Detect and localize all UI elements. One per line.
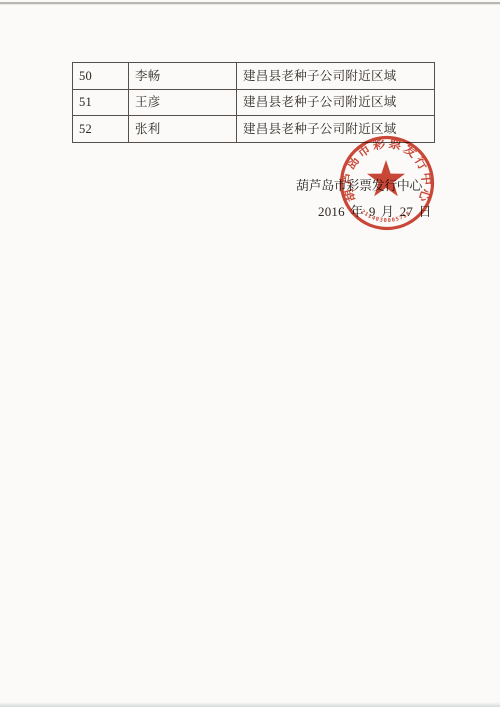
cell-row-number: 51 xyxy=(73,89,129,116)
cell-area: 建昌县老种子公司附近区域 xyxy=(237,63,435,90)
cell-person-name: 李畅 xyxy=(129,63,237,90)
roster-table: 50 李畅 建昌县老种子公司附近区域 51 王彦 建昌县老种子公司附近区域 52… xyxy=(72,62,435,143)
scan-artifact-bottom-edge xyxy=(0,702,500,707)
official-seal-stamp: 葫芦岛市彩票发行中心 2114030005718 xyxy=(337,133,437,233)
stamp-star-icon xyxy=(367,160,405,196)
table-row: 51 王彦 建昌县老种子公司附近区域 xyxy=(73,89,435,116)
cell-person-name: 王彦 xyxy=(129,89,237,116)
cell-area: 建昌县老种子公司附近区域 xyxy=(237,89,435,116)
cell-row-number: 52 xyxy=(73,116,129,143)
stamp-code-number: 2114030005718 xyxy=(360,209,412,224)
svg-text:2114030005718: 2114030005718 xyxy=(360,209,412,224)
table-row: 50 李畅 建昌县老种子公司附近区域 xyxy=(73,63,435,90)
scan-artifact-top-edge xyxy=(0,2,500,4)
scanned-document-page: 50 李畅 建昌县老种子公司附近区域 51 王彦 建昌县老种子公司附近区域 52… xyxy=(0,0,500,707)
cell-person-name: 张利 xyxy=(129,116,237,143)
cell-row-number: 50 xyxy=(73,63,129,90)
